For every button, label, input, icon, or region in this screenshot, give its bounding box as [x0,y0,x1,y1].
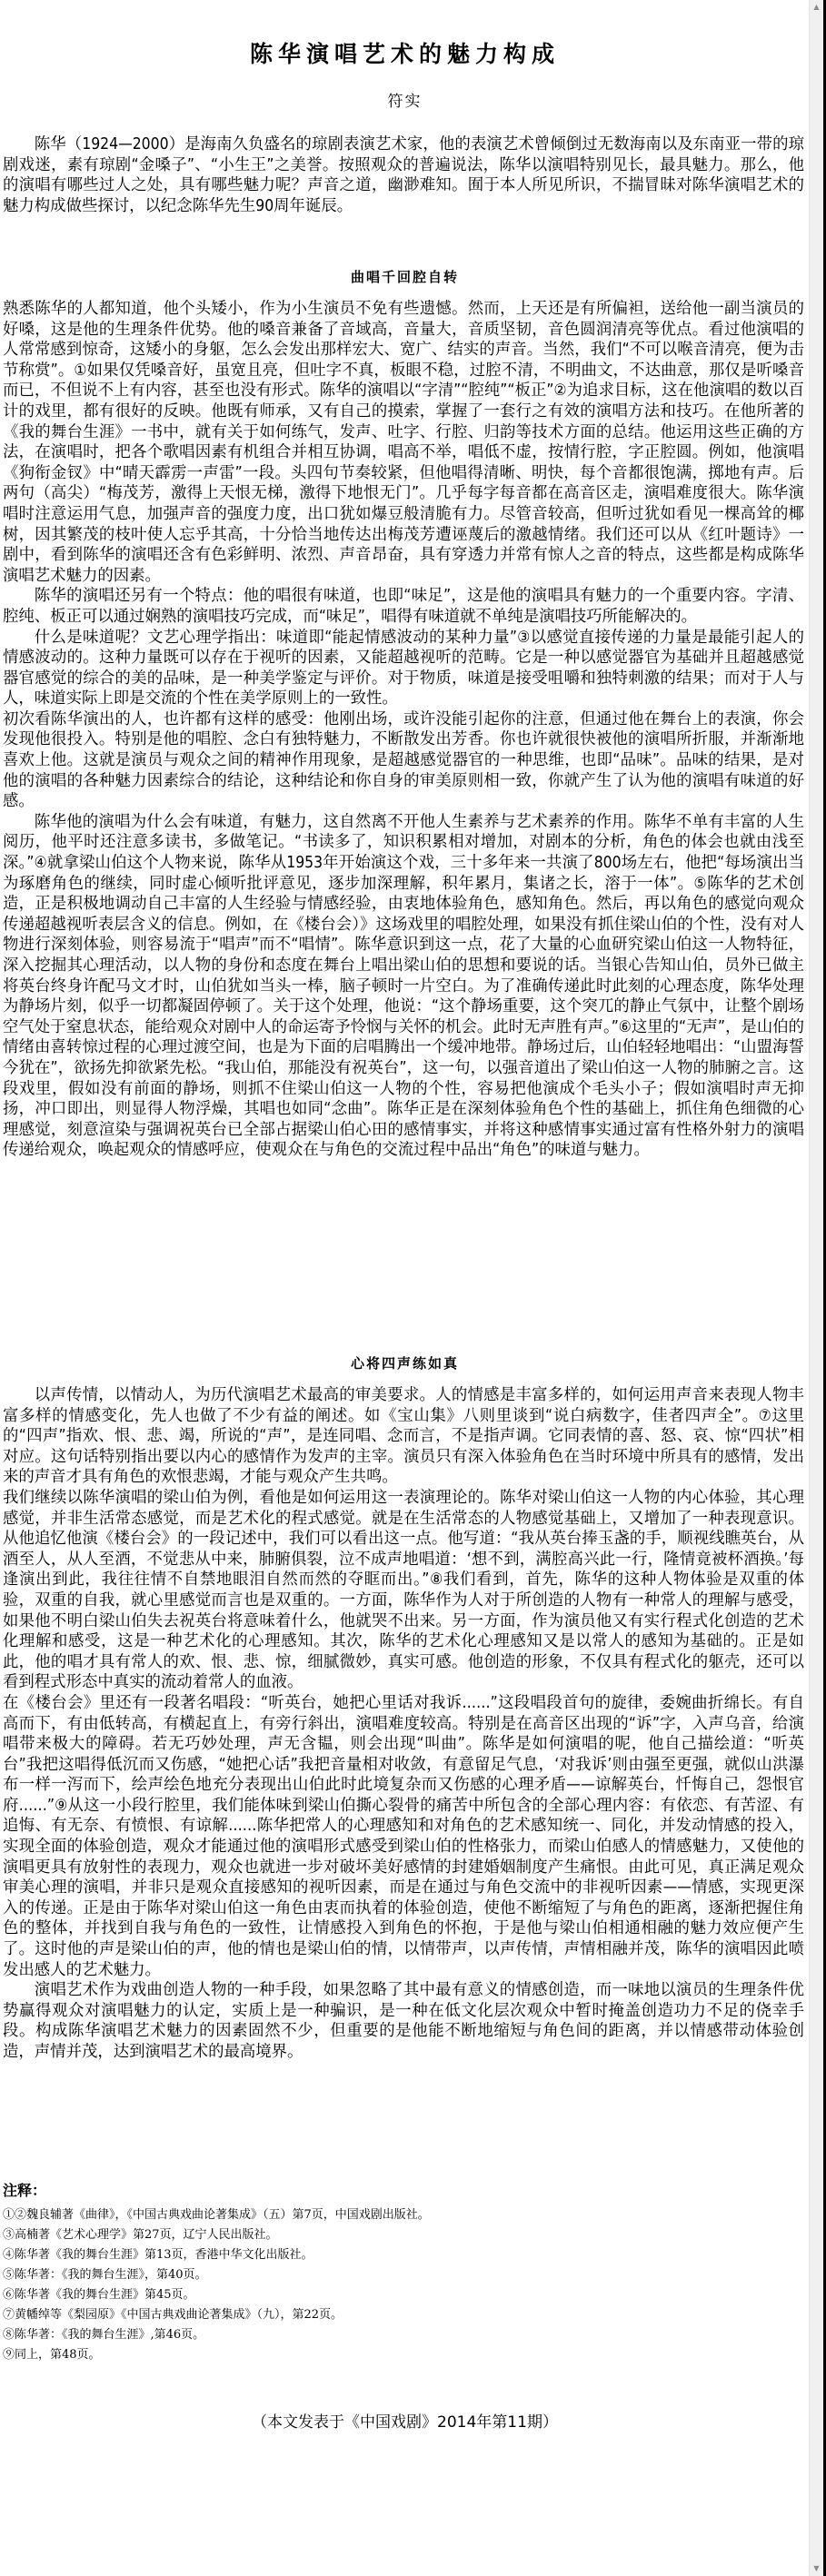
intro-paragraph: 陈华（1924—2000）是海南久负盛名的琼剧表演艺术家，他的表演艺术曾倾倒过无… [3,134,804,216]
document-page: 陈华演唱艺术的魅力构成 符实 陈华（1924—2000）是海南久负盛名的琼剧表演… [0,0,810,2576]
note-item: ⑦黄幡绰等《梨园原》《中国古典戏曲论著集成》（九），第22页。 [3,2305,784,2325]
note-item: ⑥陈华著《我的舞台生涯》第45页。 [3,2285,784,2305]
paragraph: 什么是味道呢？文艺心理学指出：味道即“能起情感波动的某种力量”③以感觉直接传递的… [3,628,804,709]
publication-note: （本文发表于《中国戏剧》2014年第11期） [0,2412,810,2433]
paragraph: 在《楼台会》里还有一段著名唱段：“听英台，她把心里话对我诉……”这段唱段首句的旋… [3,1693,804,1980]
scroll-down-arrow-icon[interactable]: ▼ [810,2561,823,2576]
note-item: ⑧陈华著：《我的舞台生涯》,第46页。 [3,2325,784,2345]
paragraph: 演唱艺术作为戏曲创造人物的一种手段，如果忽略了其中最有意义的情感创造，而一味地以… [3,1980,804,2062]
note-item: ①②魏良辅著《曲律》，《中国古典戏曲论著集成》（五）第7页，中国戏剧出版社。 [3,2205,784,2225]
note-item: ⑨同上，第48页。 [3,2345,784,2365]
article-title: 陈华演唱艺术的魅力构成 [0,40,810,69]
paragraph: 陈华的演唱还另有一个特点：他的唱很有味道，也即“味足”，这是他的演唱具有魅力的一… [3,586,804,627]
vertical-scrollbar[interactable]: ▲ ▼ [809,0,823,2576]
paragraph: 陈华他的演唱为什么会有味道，有魅力，这自然离不开他人生素养与艺术素养的作用。陈华… [3,812,804,1161]
section-2-body: 以声传情，以情动人，为历代演唱艺术最高的审美要求。人的情感是丰富多样的，如何运用… [3,1385,804,2063]
section-heading-1: 曲唱千回腔自转 [0,267,810,287]
paragraph: 以声传情，以情动人，为历代演唱艺术最高的审美要求。人的情感是丰富多样的，如何运用… [3,1385,804,1488]
note-item: ③高楠著《艺术心理学》第27页，辽宁人民出版社。 [3,2225,784,2245]
paragraph: 熟悉陈华的人都知道，他个头矮小，作为小生演员不免有些遗憾。然而，上天还是有所偏袒… [3,299,804,586]
intro-block: 陈华（1924—2000）是海南久负盛名的琼剧表演艺术家，他的表演艺术曾倾倒过无… [3,134,804,216]
note-item: ⑤陈华著：《我的舞台生涯》，第40页。 [3,2265,784,2285]
notes-header: 注释： [3,2181,46,2201]
note-item: ④陈华著《我的舞台生涯》第13页，香港中华文化出版社。 [3,2245,784,2265]
paragraph: 我们继续以陈华演唱的梁山伯为例，看他是如何运用这一表演理论的。陈华对梁山伯这一人… [3,1488,804,1693]
paragraph: 初次看陈华演出的人，也许都有这样的感受：他刚出场，或许没能引起你的注意，但通过他… [3,709,804,812]
section-heading-2: 心将四声练如真 [0,1353,810,1373]
section-1-body: 熟悉陈华的人都知道，他个头矮小，作为小生演员不免有些遗憾。然而，上天还是有所偏袒… [3,299,804,1161]
scroll-up-arrow-icon[interactable]: ▲ [810,0,823,15]
notes-list: ①②魏良辅著《曲律》，《中国古典戏曲论著集成》（五）第7页，中国戏剧出版社。 ③… [3,2205,784,2365]
article-author: 符实 [0,91,810,113]
